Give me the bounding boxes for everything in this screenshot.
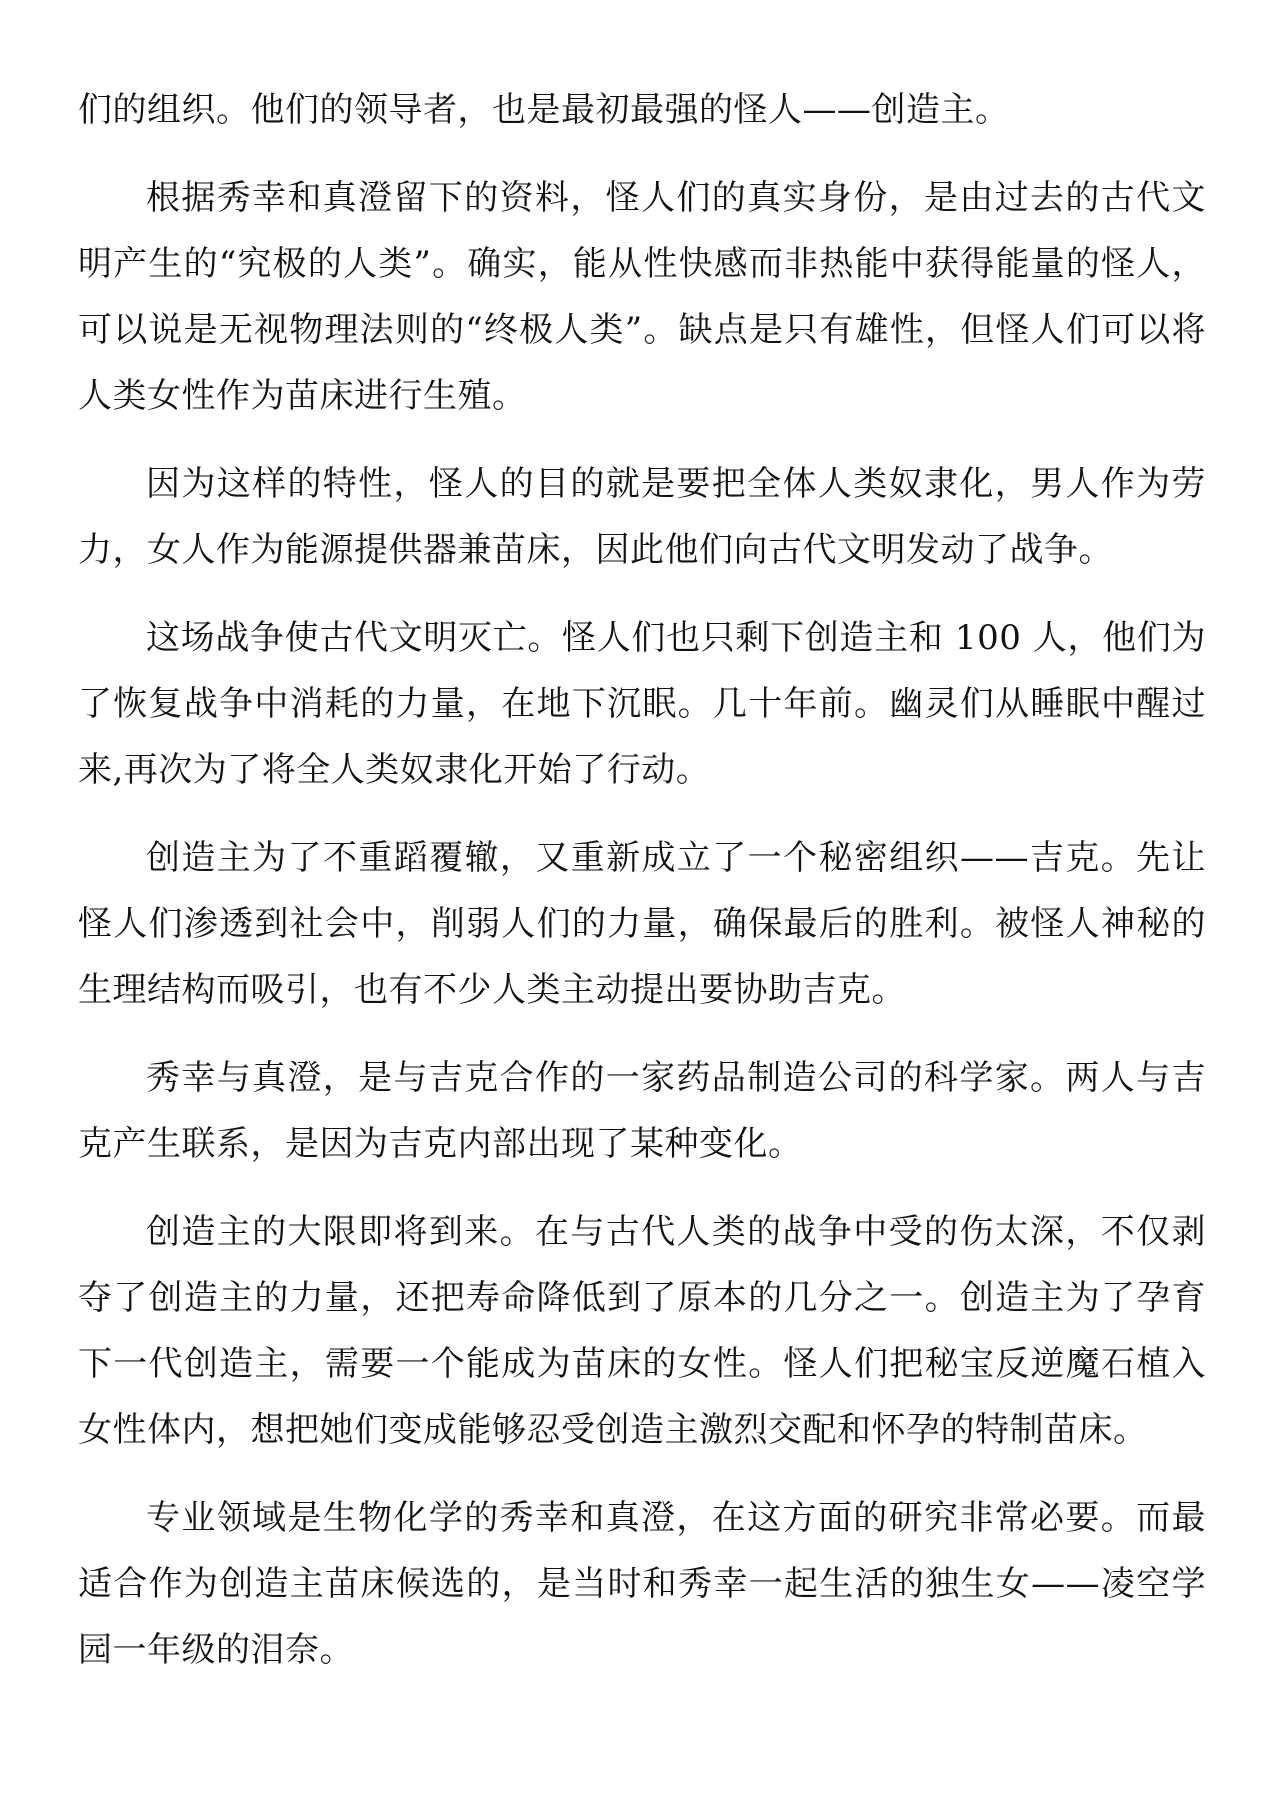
paragraph-3: 因为这样的特性，怪人的目的就是要把全体人类奴隶化，男人作为劳力，女人作为能源提供… bbox=[78, 451, 1206, 583]
paragraph-1: 们的组织。他们的领导者，也是最初最强的怪人——创造主。 bbox=[78, 77, 1206, 143]
document-page: 们的组织。他们的领导者，也是最初最强的怪人——创造主。根据秀幸和真澄留下的资料，… bbox=[0, 0, 1280, 1810]
paragraph-4: 这场战争使古代文明灭亡。怪人们也只剩下创造主和 100 人，他们为了恢复战争中消… bbox=[78, 605, 1206, 803]
paragraph-6: 秀幸与真澄，是与吉克合作的一家药品制造公司的科学家。两人与吉克产生联系，是因为吉… bbox=[78, 1045, 1206, 1177]
paragraph-5: 创造主为了不重蹈覆辙，又重新成立了一个秘密组织——吉克。先让怪人们渗透到社会中，… bbox=[78, 825, 1206, 1023]
paragraph-8: 专业领域是生物化学的秀幸和真澄，在这方面的研究非常必要。而最适合作为创造主苗床候… bbox=[78, 1485, 1206, 1683]
document-text-body: 们的组织。他们的领导者，也是最初最强的怪人——创造主。根据秀幸和真澄留下的资料，… bbox=[78, 77, 1206, 1683]
paragraph-2: 根据秀幸和真澄留下的资料，怪人们的真实身份，是由过去的古代文明产生的“究极的人类… bbox=[78, 165, 1206, 429]
paragraph-7: 创造主的大限即将到来。在与古代人类的战争中受的伤太深，不仅剥夺了创造主的力量，还… bbox=[78, 1199, 1206, 1463]
